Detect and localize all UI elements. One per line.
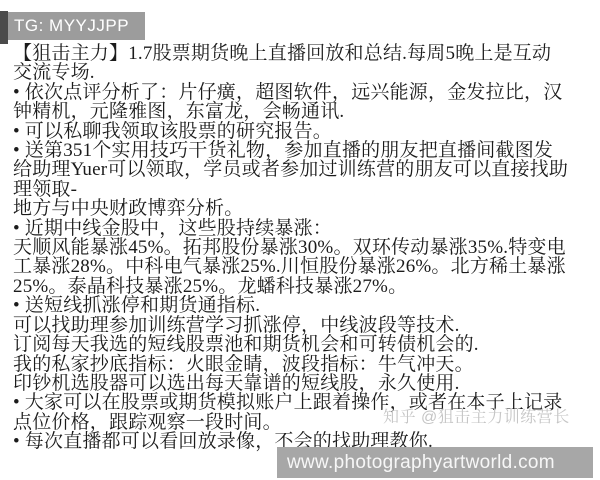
text-line: 钟精机，元隆雅图，东富龙，会畅通讯.	[13, 102, 599, 121]
footer-url-bar: www.photographyartworld.com	[277, 447, 593, 478]
text-line: • 可以私聊我领取该股票的研究报告。	[13, 122, 599, 141]
text-line: 工暴涨28%。中科电气暴涨25%.川恒股份暴涨26%。北方稀土暴涨	[13, 257, 599, 276]
text-line: 我的私家抄底指标：火眼金睛，波段指标：牛气冲天。	[13, 355, 599, 374]
text-line: • 送第351个实用技巧干货礼物，参加直播的朋友把直播间截图发	[13, 141, 599, 160]
left-accent-strip	[0, 11, 8, 44]
text-line: 交流专场.	[13, 63, 599, 82]
post-body-text: 【狙击主力】1.7股票期货晚上直播回放和总结.每周5晚上是互动 交流专场. • …	[13, 44, 599, 452]
text-line: 给助理Yuer可以领取，学员或者参加过训练营的朋友可以直接找助	[13, 160, 599, 179]
text-line: 25%。泰晶科技暴涨25%。龙蟠科技暴涨27%。	[13, 277, 599, 296]
text-line: • 近期中线金股中，这些股持续暴涨：	[13, 219, 599, 238]
post-image: TG: MYYJJPP 【狙击主力】1.7股票期货晚上直播回放和总结.每周5晚上…	[0, 0, 600, 480]
text-line: 地方与中央财政博弈分析。	[13, 199, 599, 218]
tg-handle-badge: TG: MYYJJPP	[8, 12, 145, 40]
zhihu-watermark: 知乎 @狙击主力训练营长	[383, 404, 570, 427]
text-line: 印钞机选股器可以选出每天靠谱的短线股，永久使用.	[13, 374, 599, 393]
text-line: 理领取-	[13, 180, 599, 199]
text-line: • 依次点评分析了：片仔癀，超图软件，远兴能源，金发拉比，汉	[13, 83, 599, 102]
text-line: 天顺风能暴涨45%。拓邦股份暴涨30%。双环传动暴涨35%.特变电	[13, 238, 599, 257]
text-line: 可以找助理参加训练营学习抓涨停，中线波段等技术.	[13, 316, 599, 335]
text-line: • 送短线抓涨停和期货通指标.	[13, 296, 599, 315]
text-line: 【狙击主力】1.7股票期货晚上直播回放和总结.每周5晚上是互动	[13, 44, 599, 63]
text-line: 订阅每天我选的短线股票池和期货机会和可转债机会的.	[13, 335, 599, 354]
